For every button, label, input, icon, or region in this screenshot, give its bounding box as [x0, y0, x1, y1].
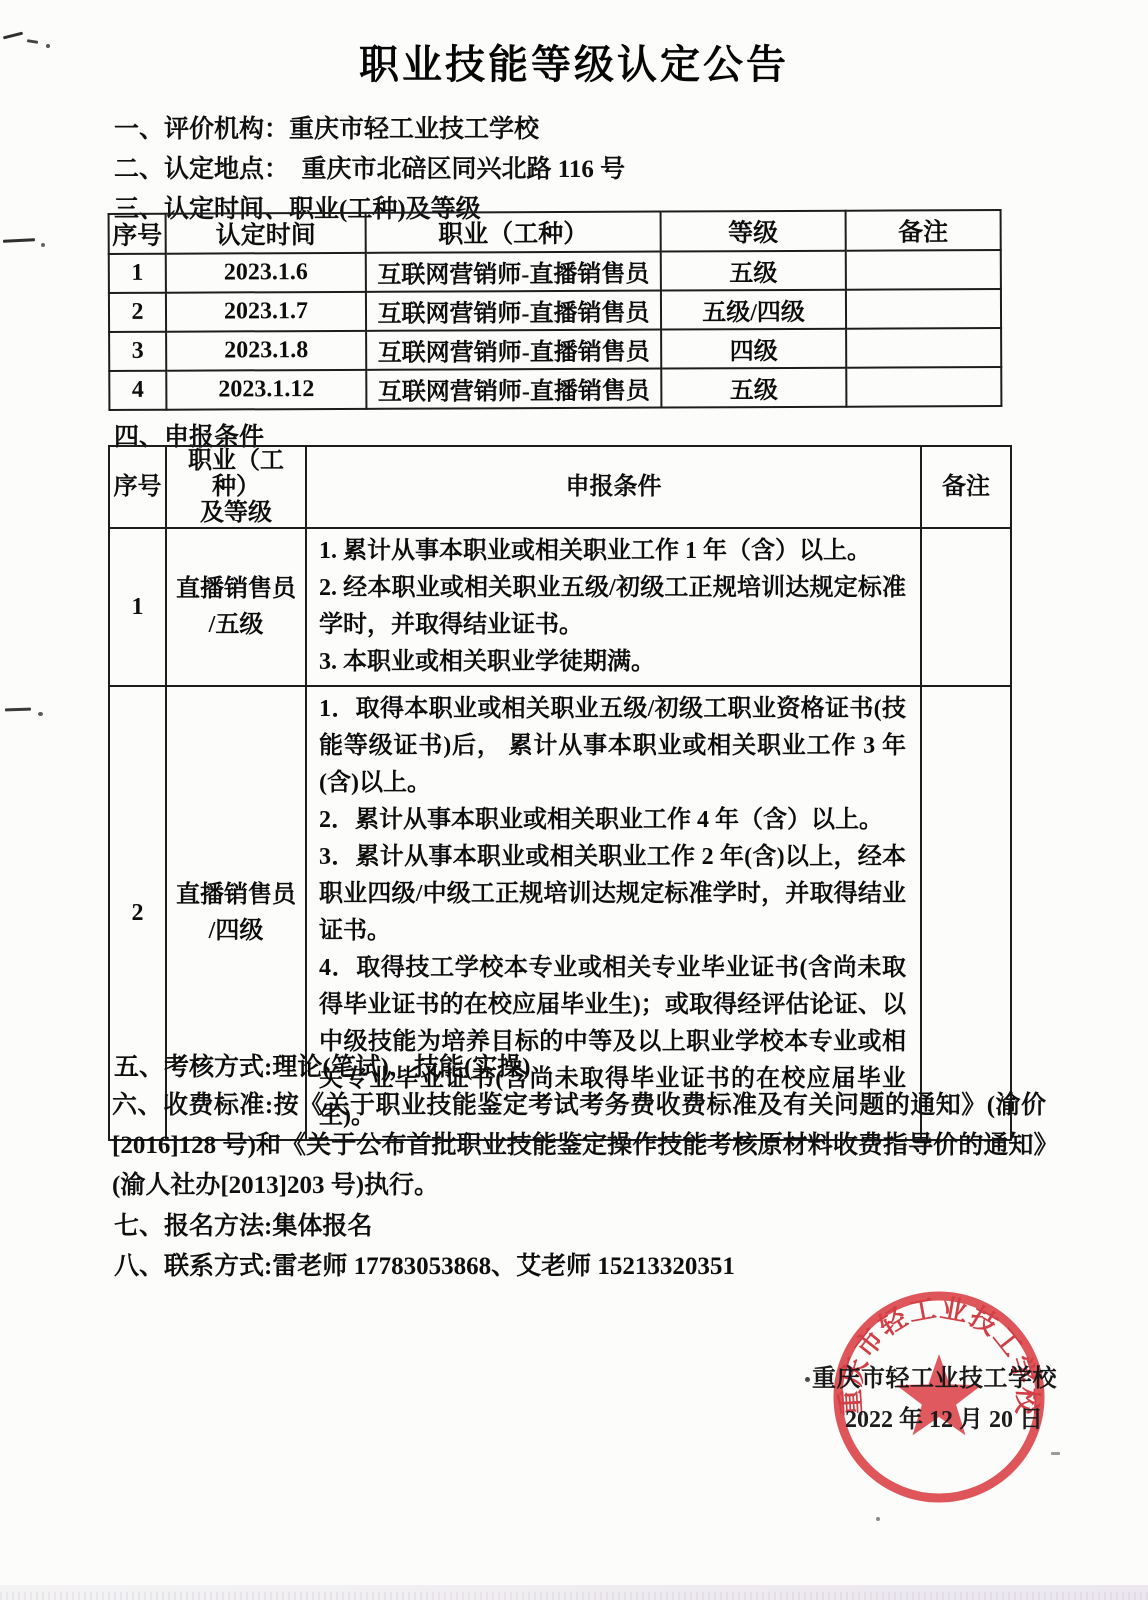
table2-header-job-level: 职业（工种） 及等级 [166, 446, 306, 528]
cell-job-level: 直播销售员 /五级 [166, 528, 306, 686]
cell-remark [846, 250, 1001, 290]
official-seal: 重庆市轻工业技工学校 [828, 1286, 1050, 1508]
cell-date: 2023.1.8 [166, 331, 366, 371]
table-row: 4 2023.1.12 互联网营销师-直播销售员 五级 [109, 367, 1001, 410]
cell-level: 五级/四级 [661, 290, 846, 330]
cell-occupation: 互联网营销师-直播销售员 [366, 369, 661, 409]
cell-level: 四级 [661, 329, 846, 369]
assessment-method-line: 五、考核方式:理论(笔试)，技能(实操) [114, 1047, 531, 1083]
cell-remark [921, 528, 1011, 686]
scan-artifact [3, 32, 23, 40]
cell-no: 1 [109, 528, 166, 686]
signature-org: 重庆市轻工业技工学校 [812, 1358, 1057, 1393]
fee-standard-paragraph: 六、收费标准:按《关于职业技能鉴定考试考务费收费标准及有关问题的通知》(渝价[2… [112, 1086, 1046, 1206]
cell-remark [921, 686, 1011, 1140]
registration-method-line: 七、报名方法:集体报名 [114, 1206, 372, 1242]
table1-header-occupation: 职业（工种） [366, 212, 661, 253]
cell-remark [846, 289, 1001, 329]
scan-artifact [41, 243, 45, 247]
condition-item: 1. 累计从事本职业或相关职业工作 1 年（含）以上。 [319, 533, 906, 570]
scan-edge-band-texture [0, 1592, 1148, 1600]
table1-header-row: 序号 认定时间 职业（工种） 等级 备注 [109, 210, 1001, 254]
table-row: 3 2023.1.8 互联网营销师-直播销售员 四级 [109, 328, 1001, 371]
table-row: 2 2023.1.7 互联网营销师-直播销售员 五级/四级 [109, 289, 1001, 332]
table1-header-date: 认定时间 [166, 213, 366, 254]
page-title: 职业技能等级认定公告 [0, 42, 1148, 88]
table1-header-remark: 备注 [846, 210, 1001, 251]
scan-artifact [46, 44, 50, 48]
condition-item: 2. 经本职业或相关职业五级/初级工正规培训达规定标准学时，并取得结业证书。 [319, 570, 906, 644]
cell-no: 4 [109, 371, 166, 410]
contact-line: 八、联系方式:雷老师 17783053868、艾老师 15213320351 [114, 1246, 735, 1282]
signature-date: 2022 年 12 月 20 日 [845, 1399, 1043, 1434]
table-row: 1 2023.1.6 互联网营销师-直播销售员 五级 [109, 250, 1001, 293]
table2-header-no: 序号 [109, 446, 166, 528]
intro-item-location: 二、认定地点： 重庆市北碚区同兴北路 116 号 [114, 149, 625, 185]
scan-artifact [3, 238, 35, 243]
cell-date: 2023.1.12 [166, 370, 366, 410]
condition-item: 3. 本职业或相关职业学徒期满。 [319, 644, 906, 681]
condition-item: 2．累计从事本职业或相关职业工作 4 年（含）以上。 [319, 802, 906, 839]
cell-remark [846, 328, 1001, 368]
scan-artifact [5, 708, 31, 712]
scan-artifact [1051, 1452, 1060, 1455]
cell-occupation: 互联网营销师-直播销售员 [366, 252, 661, 292]
cell-level: 五级 [661, 368, 846, 408]
cell-no: 1 [109, 254, 166, 293]
application-conditions-table: 序号 职业（工种） 及等级 申报条件 备注 1 直播销售员 /五级 1. 累计从… [108, 445, 1012, 1141]
cell-remark [846, 367, 1001, 407]
cell-date: 2023.1.6 [166, 253, 366, 293]
intro-item-evaluation-org: 一、评价机构：重庆市轻工业技工学校 [114, 109, 539, 145]
certification-schedule-table: 序号 认定时间 职业（工种） 等级 备注 1 2023.1.6 互联网营销师-直… [108, 209, 1003, 411]
cell-occupation: 互联网营销师-直播销售员 [366, 291, 661, 331]
scan-artifact [876, 1517, 880, 1521]
table1-header-level: 等级 [661, 211, 846, 252]
table-row: 1 直播销售员 /五级 1. 累计从事本职业或相关职业工作 1 年（含）以上。 … [109, 528, 1011, 686]
cell-conditions: 1. 累计从事本职业或相关职业工作 1 年（含）以上。 2. 经本职业或相关职业… [306, 528, 921, 686]
table2-header-remark: 备注 [921, 446, 1011, 528]
cell-level: 五级 [661, 251, 846, 291]
condition-item: 3．累计从事本职业或相关职业工作 2 年(含)以上，经本职业四级/中级工正规培训… [319, 839, 906, 950]
cell-no: 3 [109, 332, 166, 371]
cell-occupation: 互联网营销师-直播销售员 [366, 330, 661, 370]
table1-header-no: 序号 [109, 214, 166, 254]
condition-item: 1．取得本职业或相关职业五级/初级工职业资格证书(技能等级证书)后， 累计从事本… [319, 691, 906, 802]
table2-header-row: 序号 职业（工种） 及等级 申报条件 备注 [109, 446, 1011, 528]
table2-header-conditions: 申报条件 [306, 446, 921, 528]
document-page: 职业技能等级认定公告 一、评价机构：重庆市轻工业技工学校 二、认定地点： 重庆市… [0, 0, 1148, 1600]
scan-artifact [38, 712, 43, 716]
cell-date: 2023.1.7 [166, 292, 366, 332]
cell-no: 2 [109, 293, 166, 332]
scan-artifact [805, 1377, 810, 1382]
